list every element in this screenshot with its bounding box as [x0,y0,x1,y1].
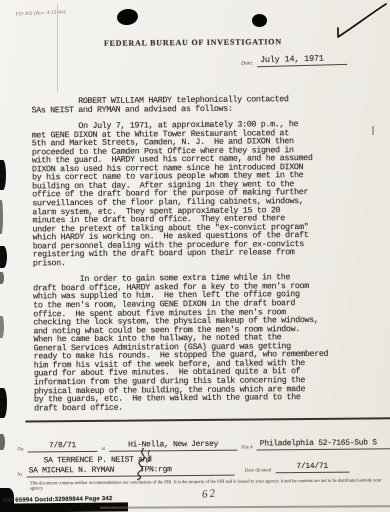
date-dictated-row: Date dictated 7/14/71 [245,462,350,474]
date-dictated-value: 7/14/71 [275,462,349,474]
date-value: July 14, 1971 [256,53,346,67]
paragraph-2: On July 7, 1971, at approximately 3:00 p… [32,120,371,268]
paragraph-3: In order to gain some extra time while i… [33,273,372,413]
file-number-label: File # [241,446,253,451]
at-label: at [102,447,106,452]
date-dictated-label: Date dictated [245,468,272,473]
form-number: FD-302 (Rev. 4-15-64) [16,10,66,17]
on-label: On [17,448,23,453]
date-label: Date: [241,60,254,66]
signature-scribble [119,446,163,480]
footer-fields-row: On 7/8/71 at Hi-Nella, New Jersey File #… [17,438,390,452]
paragraph-1: ROBERT WILLIAM HARDY telephonically cont… [31,94,369,114]
report-body: ROBERT WILLIAM HARDY telephonically cont… [31,94,372,420]
typed-content: FD-302 (Rev. 4-15-64) FEDERAL BUREAU OF … [0,0,390,512]
scanned-document-page: FD-302 (Rev. 4-15-64) FEDERAL BUREAU OF … [0,0,390,512]
handwritten-page-number: 62 [201,487,217,501]
by-label: by [18,473,23,478]
date-row: Date: July 14, 1971 [241,54,347,67]
file-number-value: Philadelphia 52-7165-Sub S [257,438,390,450]
agent-name-2: SA MICHAEL N. RYMAN [29,466,115,476]
agency-title: FEDERAL BUREAU OF INVESTIGATION [0,36,388,48]
investigation-date-value: 7/8/71 [28,441,98,453]
